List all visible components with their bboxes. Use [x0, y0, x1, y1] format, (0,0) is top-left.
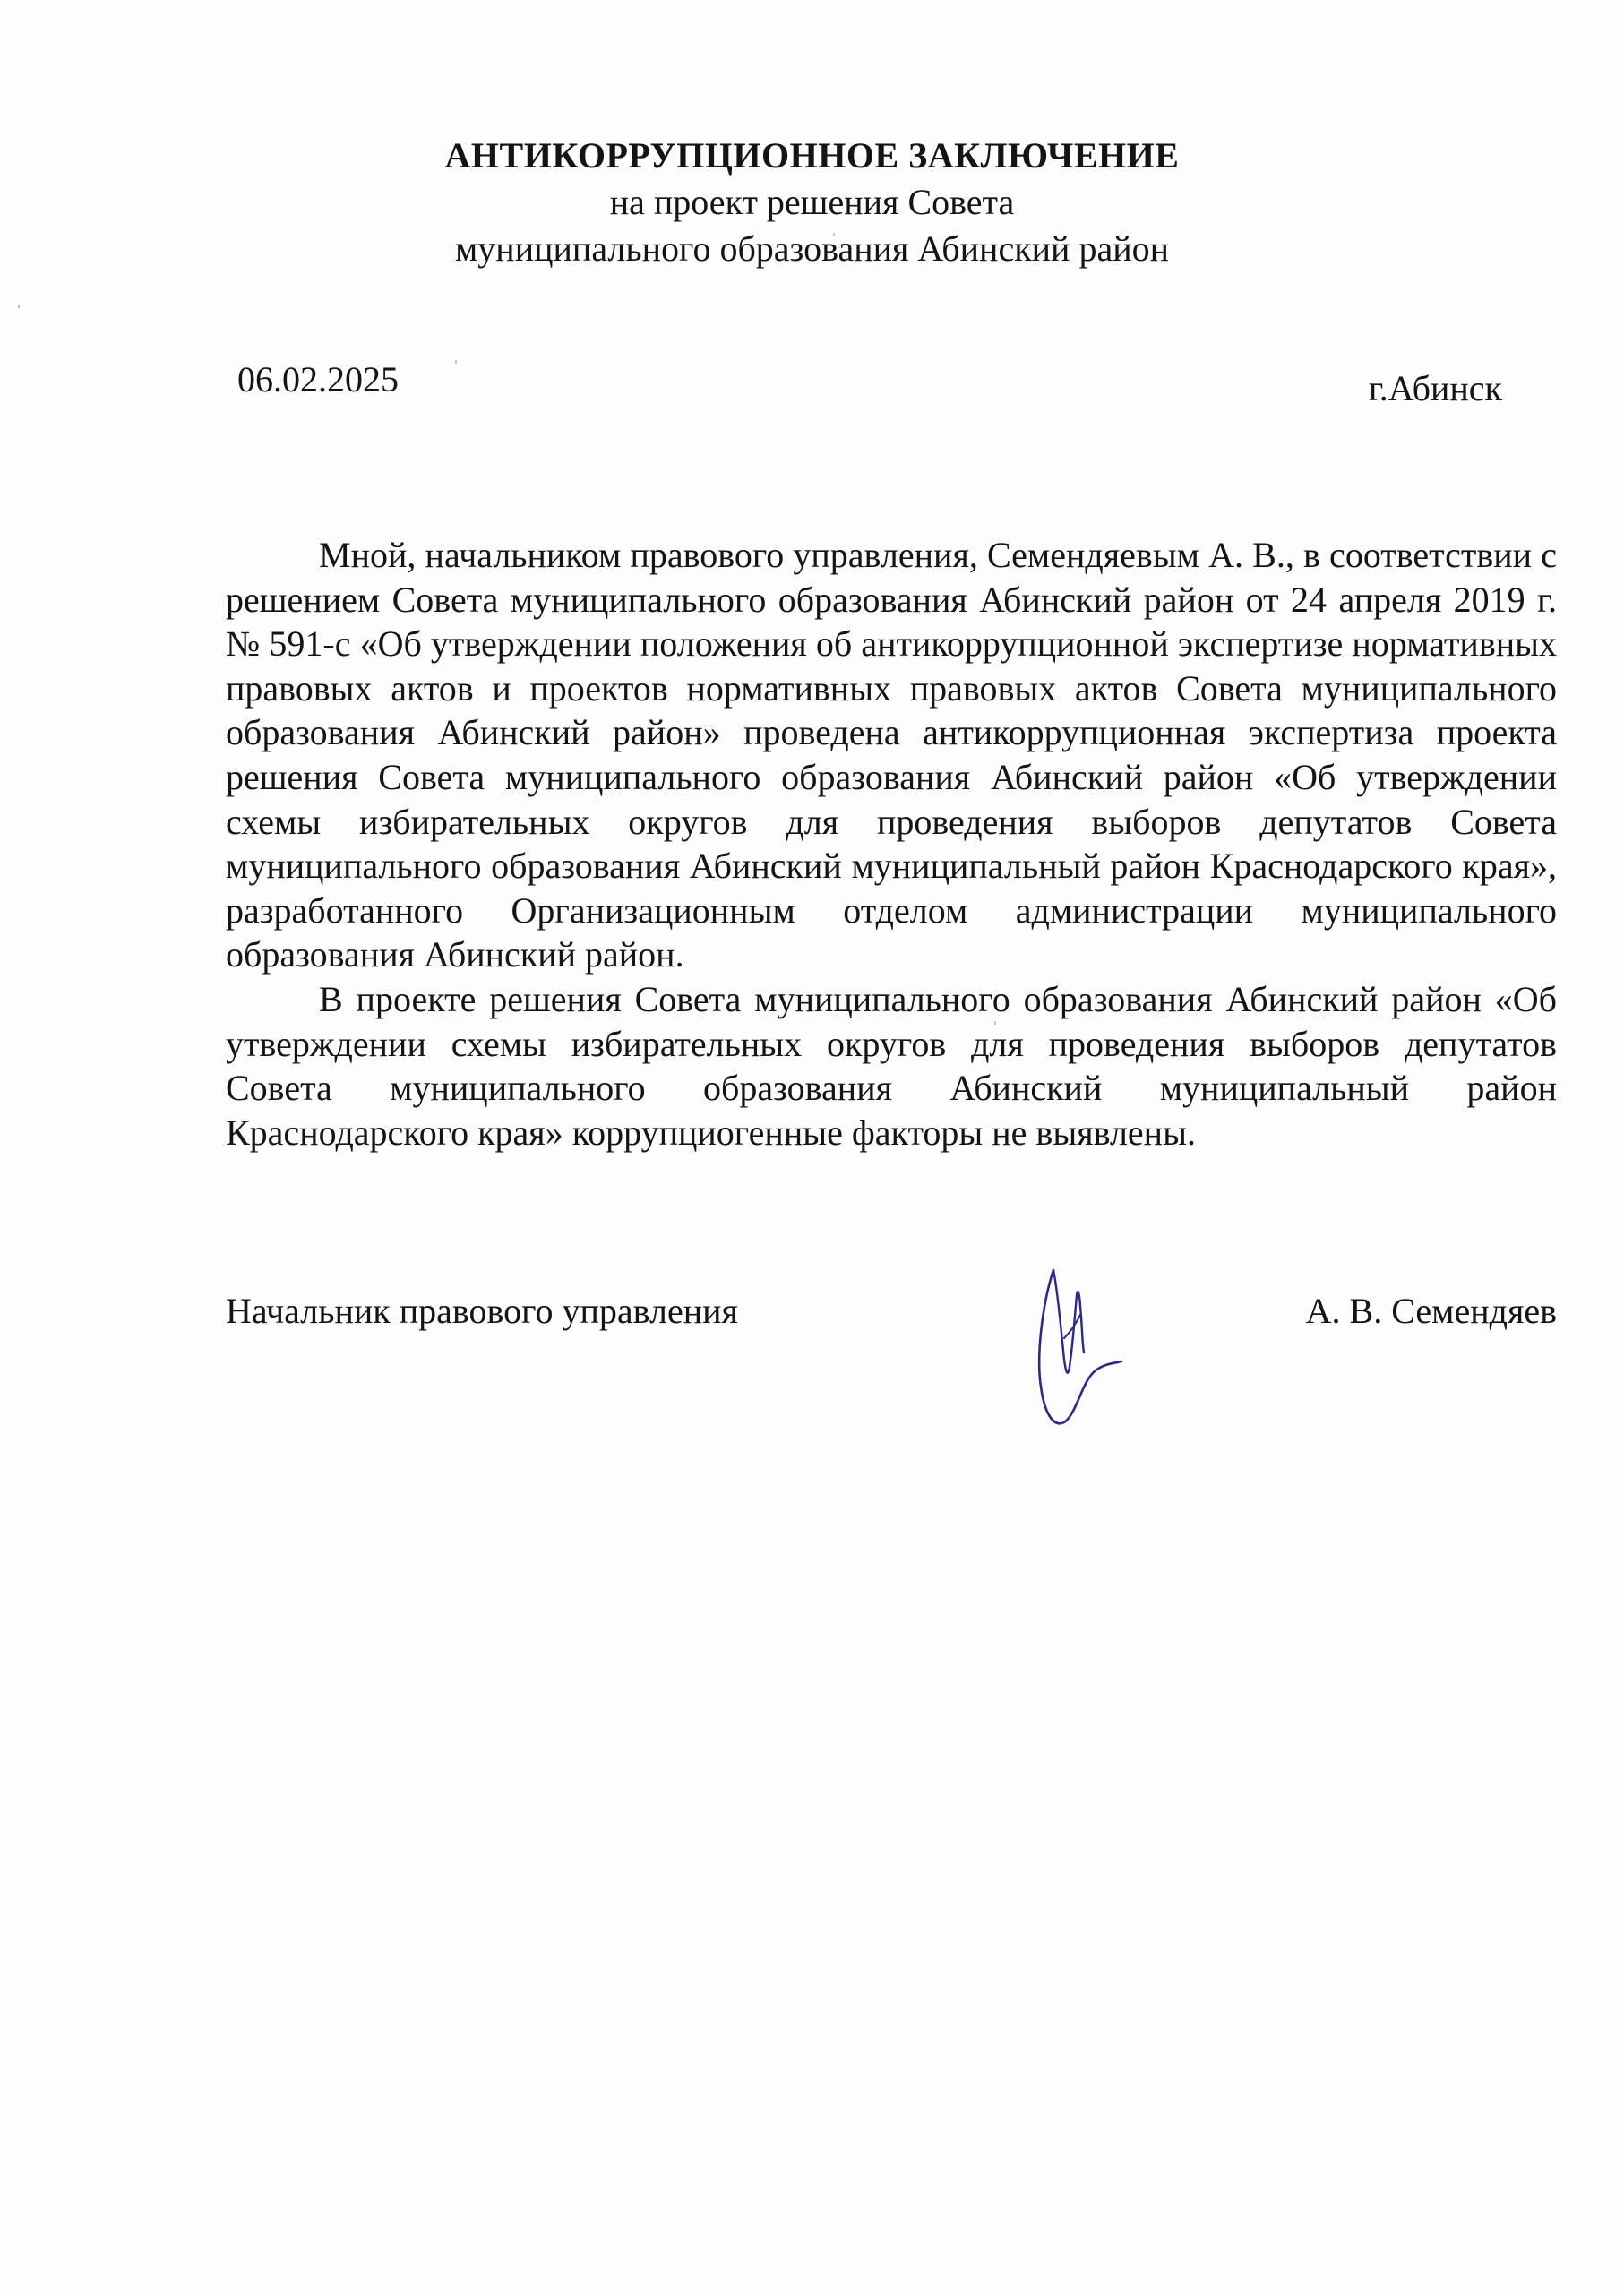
document-date: 06.02.2025 [237, 358, 399, 400]
body-paragraph-2: В проекте решения Совета муниципального … [226, 977, 1557, 1155]
signatory-position: Начальник правового управления [226, 1290, 738, 1332]
body-paragraph-1: Мной, начальником правового управления, … [226, 533, 1557, 977]
scan-speck [18, 305, 20, 308]
document-title: АНТИКОРРУПЦИОННОЕ ЗАКЛЮЧЕНИЕ [0, 133, 1624, 179]
document-subtitle-line-1: на проект решения Совета [0, 179, 1624, 226]
signature-block: Начальник правового управления А. В. Сем… [226, 1290, 1557, 1433]
document-body: Мной, начальником правового управления, … [226, 533, 1557, 1155]
signatory-name: А. В. Семендяев [1306, 1290, 1557, 1332]
scan-speck [994, 1021, 996, 1025]
handwritten-signature-icon [1028, 1252, 1145, 1431]
document-city: г.Абинск [1369, 367, 1502, 409]
document-page: АНТИКОРРУПЦИОННОЕ ЗАКЛЮЧЕНИЕ на проект р… [0, 0, 1624, 2293]
document-header: АНТИКОРРУПЦИОННОЕ ЗАКЛЮЧЕНИЕ на проект р… [0, 133, 1624, 272]
scan-speck [455, 360, 457, 364]
scan-speck [833, 233, 835, 236]
document-subtitle-line-2: муниципального образования Абинский райо… [0, 226, 1624, 272]
date-place-row: 06.02.2025 г.Абинск [237, 358, 1502, 403]
